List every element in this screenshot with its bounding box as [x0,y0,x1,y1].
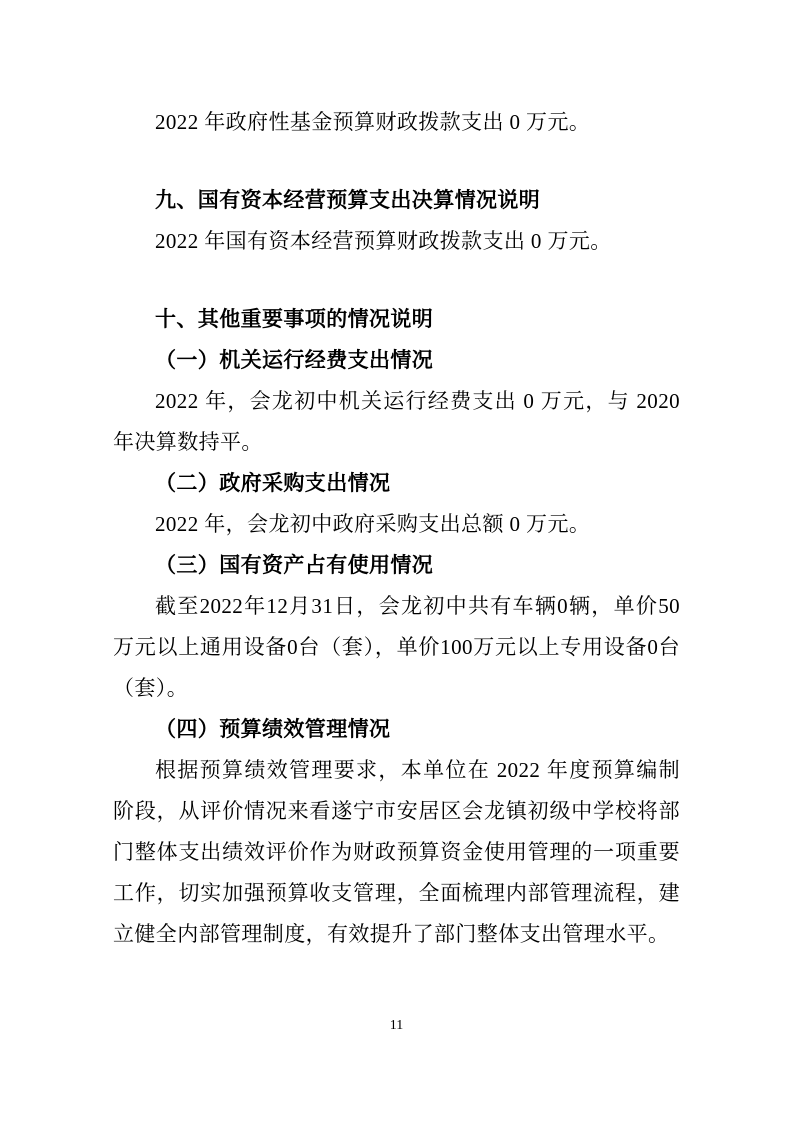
subheading-1-agency-operating-costs: （一）机关运行经费支出情况 [113,340,680,381]
paragraph-state-capital-expenditure: 2022 年国有资本经营预算财政拨款支出 0 万元。 [113,221,680,262]
subheading-4-budget-performance: （四）预算绩效管理情况 [113,709,680,750]
document-body: 2022 年政府性基金预算财政拨款支出 0 万元。 九、国有资本经营预算支出决算… [113,102,680,955]
paragraph-budget-performance: 根据预算绩效管理要求，本单位在 2022 年度预算编制阶段，从评价情况来看遂宁市… [113,750,680,955]
page-footer: 11 [0,1016,793,1034]
paragraph-gov-fund-expenditure: 2022 年政府性基金预算财政拨款支出 0 万元。 [113,102,680,143]
paragraph-state-assets: 截至2022年12月31日，会龙初中共有车辆0辆，单价50万元以上通用设备0台（… [113,586,680,709]
document-page: 2022 年政府性基金预算财政拨款支出 0 万元。 九、国有资本经营预算支出决算… [0,0,793,1122]
heading-section-10-other-matters: 十、其他重要事项的情况说明 [113,299,680,340]
paragraph-agency-operating-costs: 2022 年，会龙初中机关运行经费支出 0 万元，与 2020 年决算数持平。 [113,381,680,463]
heading-section-9-state-capital: 九、国有资本经营预算支出决算情况说明 [113,180,680,221]
subheading-3-state-assets: （三）国有资产占有使用情况 [113,545,680,586]
paragraph-gov-procurement: 2022 年，会龙初中政府采购支出总额 0 万元。 [113,504,680,545]
page-number: 11 [390,1018,403,1033]
subheading-2-gov-procurement: （二）政府采购支出情况 [113,463,680,504]
